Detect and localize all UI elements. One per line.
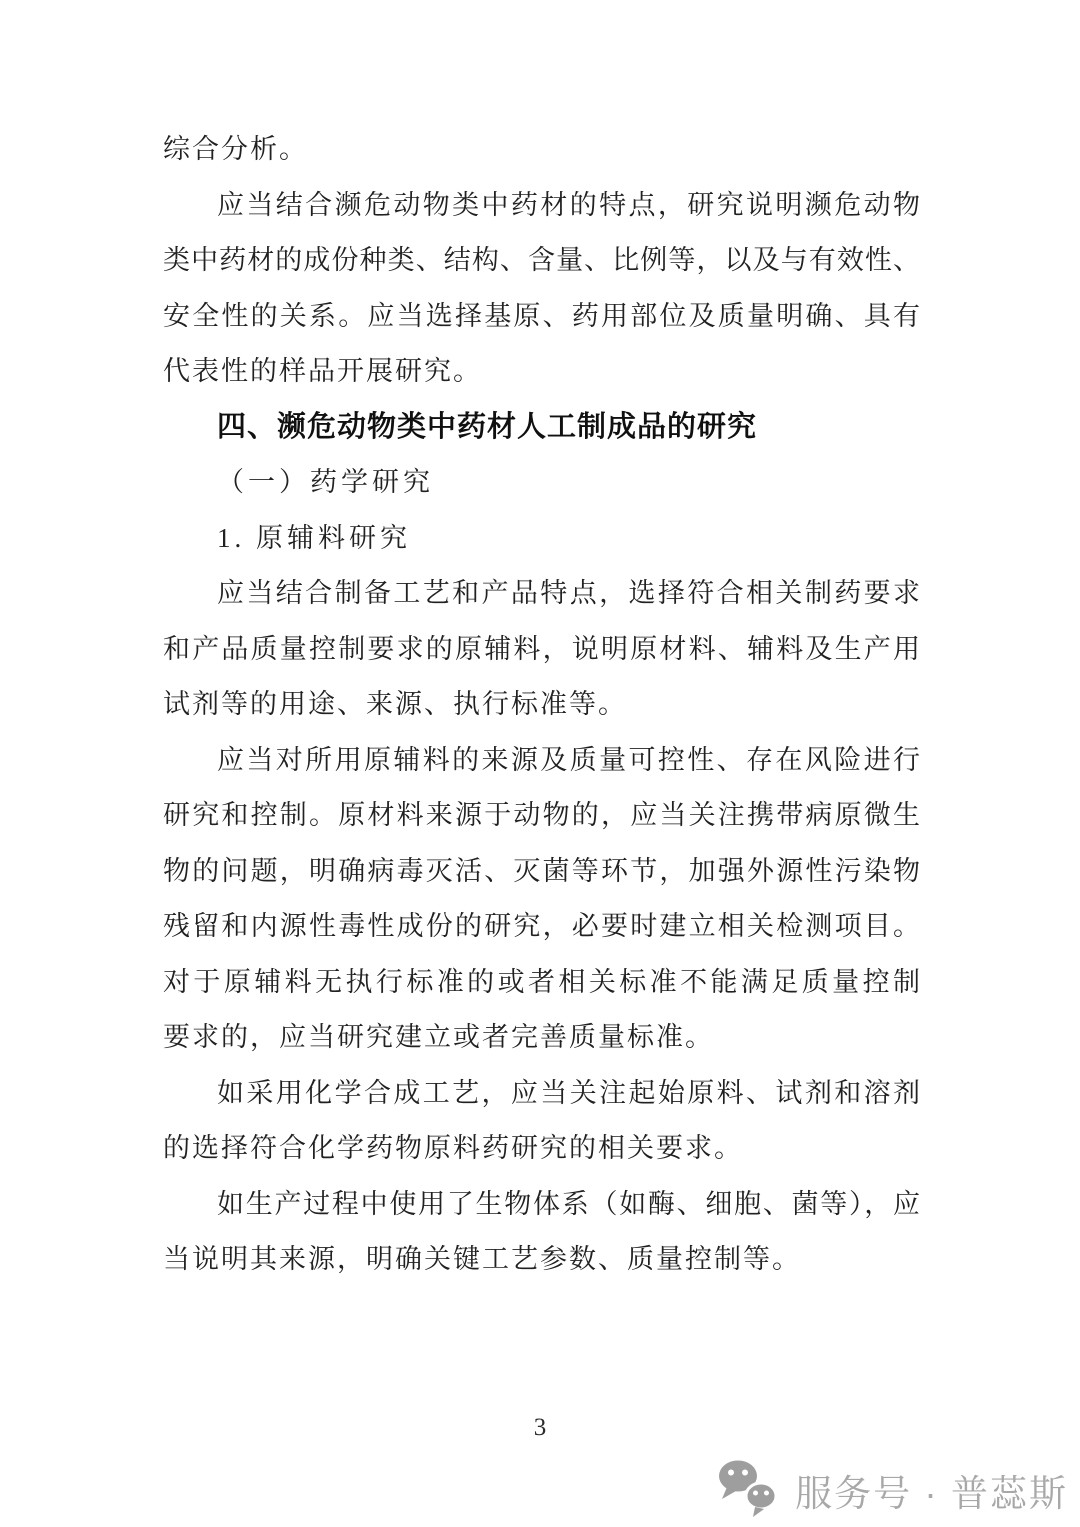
- body-line: 如生产过程中使用了生物体系（如酶、细胞、菌等），应: [163, 1177, 920, 1233]
- body-line: 对于原辅料无执行标准的或者相关标准不能满足质量控制: [163, 955, 920, 1011]
- wechat-footer: 服务号 · 普蕊斯: [717, 1459, 1068, 1521]
- body-line: 要求的，应当研究建立或者完善质量标准。: [163, 1010, 920, 1066]
- section-heading: 四、濒危动物类中药材人工制成品的研究: [163, 400, 920, 456]
- page-number: 3: [0, 1414, 1080, 1442]
- body-line: 应当结合濒危动物类中药材的特点，研究说明濒危动物: [163, 178, 920, 234]
- body-line: 残留和内源性毒性成份的研究，必要时建立相关检测项目。: [163, 899, 920, 955]
- body-line: 如采用化学合成工艺，应当关注起始原料、试剂和溶剂: [163, 1066, 920, 1122]
- wechat-account-label: 服务号 · 普蕊斯: [795, 1463, 1068, 1517]
- body-line: 试剂等的用途、来源、执行标准等。: [163, 677, 920, 733]
- body-line: 当说明其来源，明确关键工艺参数、质量控制等。: [163, 1232, 920, 1288]
- body-line: 安全性的关系。应当选择基原、药用部位及质量明确、具有: [163, 289, 920, 345]
- body-line: 应当对所用原辅料的来源及质量可控性、存在风险进行: [163, 733, 920, 789]
- body-line: 研究和控制。原材料来源于动物的，应当关注携带病原微生: [163, 788, 920, 844]
- body-line: 综合分析。: [163, 122, 920, 178]
- subsection-heading: （一）药学研究: [163, 455, 920, 511]
- wechat-icon: [717, 1459, 783, 1521]
- body-line: 物的问题，明确病毒灭活、灭菌等环节，加强外源性污染物: [163, 844, 920, 900]
- body-line: 和产品质量控制要求的原辅料，说明原材料、辅料及生产用: [163, 622, 920, 678]
- item-heading: 1. 原辅料研究: [163, 511, 920, 567]
- body-line: 代表性的样品开展研究。: [163, 344, 920, 400]
- body-line: 应当结合制备工艺和产品特点，选择符合相关制药要求: [163, 566, 920, 622]
- body-line: 类中药材的成份种类、结构、含量、比例等，以及与有效性、: [163, 233, 920, 289]
- body-line: 的选择符合化学药物原料药研究的相关要求。: [163, 1121, 920, 1177]
- document-body: 综合分析。 应当结合濒危动物类中药材的特点，研究说明濒危动物 类中药材的成份种类…: [163, 122, 920, 1288]
